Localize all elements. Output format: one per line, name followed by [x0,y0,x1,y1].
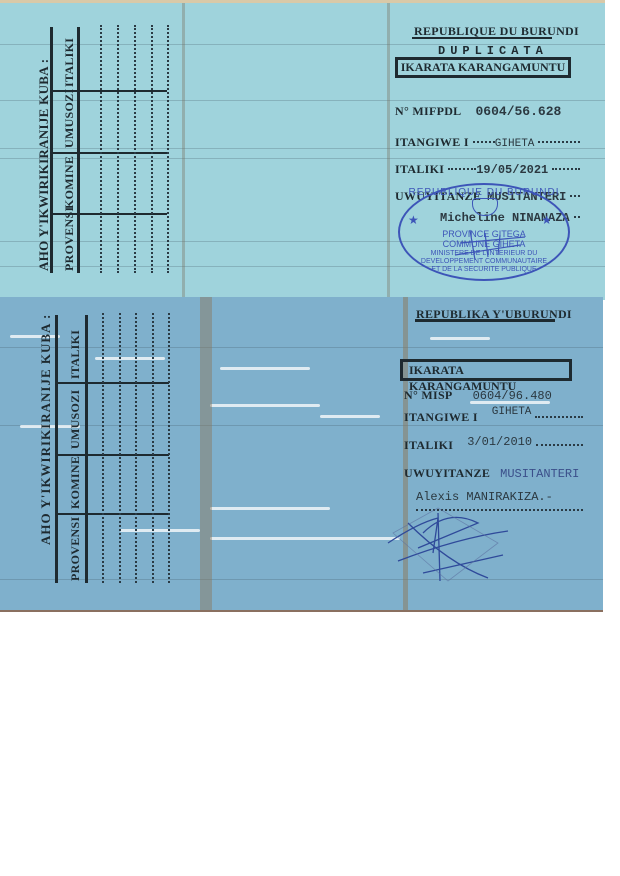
issue-date-value: 19/05/2021 [476,163,548,177]
column-komine: KOMINE [62,156,77,209]
column-provensi: PROVENSI [62,207,77,271]
column-italiki: ITALIKI [62,38,77,87]
signature-icon [450,225,530,265]
field-date: ITALIKI 19/05/2021 [395,162,580,177]
field-issuer: UWUYITANZE MUSITANTERI [404,466,583,481]
field-issuer-name: Alexis MANIRAKIZA.- [416,490,583,504]
column-italiki: ITALIKI [68,330,83,379]
signature-icon [378,503,528,583]
card-number-value: 0604/96.480 [473,389,552,403]
blank-panel [185,3,388,300]
field-issued-at: ITANGIWE I GIHETA [404,410,583,425]
stamp-star-left-icon: ★ [408,213,419,227]
residence-heading: AHO Y'IKWIRIKIRANIJE KUBA : [38,314,54,545]
coat-of-arms-icon [472,198,498,216]
column-umusozi: UMUSOZI [62,89,77,148]
document-title: IKARATA KARANGAMUNTU [395,57,571,78]
id-card-original: AHO Y'IKWIRIKIRANIJE KUBA : PROVENSI KOM… [0,297,603,612]
issuer-title-value: MUSITANTERI [500,467,579,481]
identity-panel: REPUBLIQUE DU BURUNDI DUPLICATA IKARATA … [390,3,605,300]
column-provensi: PROVENSI [68,517,83,581]
card-number-value: 0604/56.628 [476,104,562,119]
document-title: IKARATA KARANGAMUNTU [400,359,572,381]
identity-panel: REPUBLIKA Y'UBURUNDI IKARATA KARANGAMUNT… [408,297,603,610]
residence-table-panel: AHO Y'IKWIRIKIRANIJE KUBA : PROVENSI KOM… [0,3,183,300]
field-number: N° MIFPDL 0604/56.628 [395,104,590,119]
issued-at-value: GIHETA [492,406,532,418]
id-card-duplicate: AHO Y'IKWIRIKIRANIJE KUBA : PROVENSI KOM… [0,0,605,300]
field-date: ITALIKI 3/01/2010 [404,438,583,453]
stamp-top-text: REPUBLIQUE DU BURUNDI [400,187,568,198]
stamp-star-right-icon: ★ [541,213,552,227]
field-number: N° MISP 0604/96.480 [404,388,583,403]
blank-panel [212,297,405,610]
column-umusozi: UMUSOZI [68,390,83,449]
field-issued-at: ITANGIWE I GIHETA [395,135,580,150]
issue-date-value: 3/01/2010 [467,435,532,449]
issuer-name-value: Alexis MANIRAKIZA.- [416,490,553,504]
residence-table-panel: AHO Y'IKWIRIKIRANIJE KUBA : PROVENSI KOM… [0,297,205,610]
column-komine: KOMINE [68,456,83,509]
issued-at-value: GIHETA [495,138,535,150]
duplicate-mark: DUPLICATA [438,44,548,58]
